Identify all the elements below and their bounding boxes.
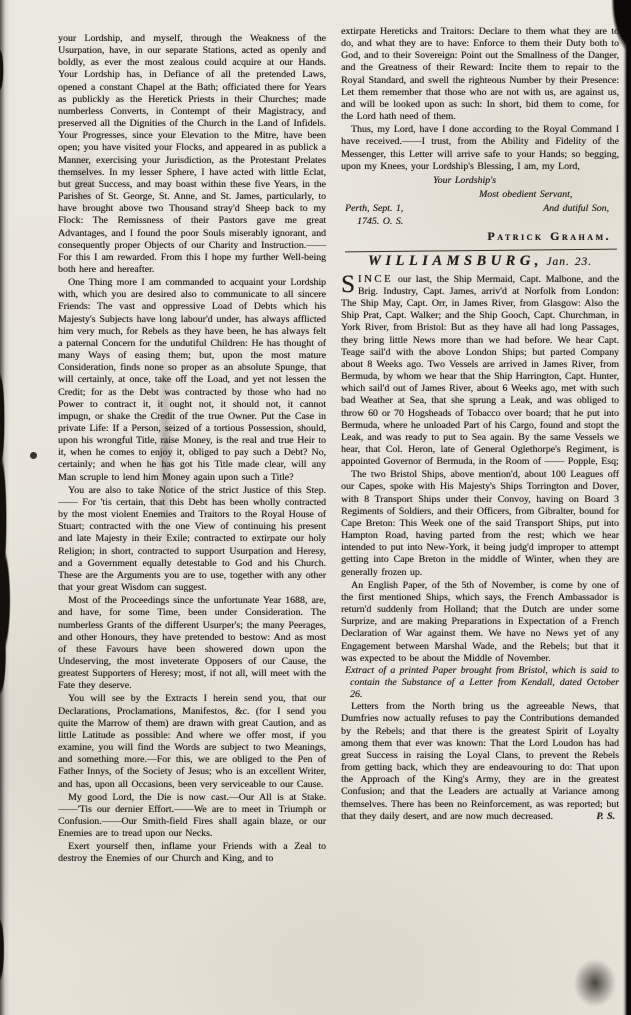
drop-cap-letter: S: [341, 273, 358, 295]
ink-blot-bottom-right: [553, 938, 623, 1013]
signature: Patrick Graham.: [341, 230, 611, 242]
letter-paragraph: Thus, my Lord, have I done according to …: [341, 124, 619, 173]
news-paragraph: The two Bristol Ships, above mention'd, …: [341, 469, 619, 578]
closing-son-line: And dutiful Son,: [543, 203, 609, 215]
right-column: extirpate Hereticks and Traitors: Declar…: [341, 26, 619, 823]
left-column: your Lordship, and myself, through the W…: [58, 33, 326, 866]
closing-servant-line: Most obedient Servant,: [479, 189, 619, 201]
letter-closing-block: Your Lordship's Most obedient Servant, P…: [341, 175, 619, 242]
section-divider-rule: [345, 248, 617, 252]
extract-heading: Extract of a printed Paper brought from …: [341, 665, 619, 701]
letter-paragraph: You will see by the Extracts I herein se…: [58, 693, 326, 790]
letter-paragraph: extirpate Hereticks and Traitors: Declar…: [341, 26, 619, 123]
ink-spot: [30, 452, 37, 459]
news-paragraph-dropcap: SINCE our last, the Ship Mermaid, Capt. …: [341, 273, 619, 469]
newspaper-page-scan: your Lordship, and myself, through the W…: [0, 0, 631, 1015]
letter-paragraph: Exert yourself then, inflame your Friend…: [58, 841, 326, 865]
letter-paragraph: You are also to take Notice of the stric…: [58, 485, 326, 594]
letter-paragraph: One Thing more I am commanded to acquain…: [58, 277, 326, 484]
extract-body-paragraph: Letters from the North bring us the agre…: [341, 701, 619, 823]
scan-edge-right: [623, 0, 631, 1015]
dropcap-word-caps: INCE: [358, 273, 393, 285]
letter-paragraph: your Lordship, and myself, through the W…: [58, 33, 326, 276]
dateline-heading: WILLIAMSBURG, Jan. 23.: [341, 255, 619, 269]
news-paragraph: An English Paper, of the 5th of November…: [341, 580, 619, 665]
letter-paragraph: My good Lord, the Die is now cast.—Our A…: [58, 792, 326, 841]
letter-paragraph: Most of the Proceedings since the unfort…: [58, 595, 326, 692]
letter-continuation: extirpate Hereticks and Traitors: Declar…: [341, 26, 619, 173]
dateline-date: Jan. 23.: [546, 256, 592, 268]
news-paragraphs: The two Bristol Ships, above mention'd, …: [341, 469, 619, 665]
dateline-place: Perth, Sept. 1,: [345, 203, 403, 215]
news-paragraph-text: our last, the Ship Mermaid, Capt. Malbon…: [341, 274, 619, 467]
dateline-city: WILLIAMSBURG,: [368, 253, 543, 269]
closing-salutation: Your Lordship's: [433, 175, 619, 187]
scan-edge-left: [0, 0, 18, 1015]
closing-row: Perth, Sept. 1, And dutiful Son,: [341, 203, 619, 215]
dateline-year: 1745. O. S.: [357, 216, 619, 228]
